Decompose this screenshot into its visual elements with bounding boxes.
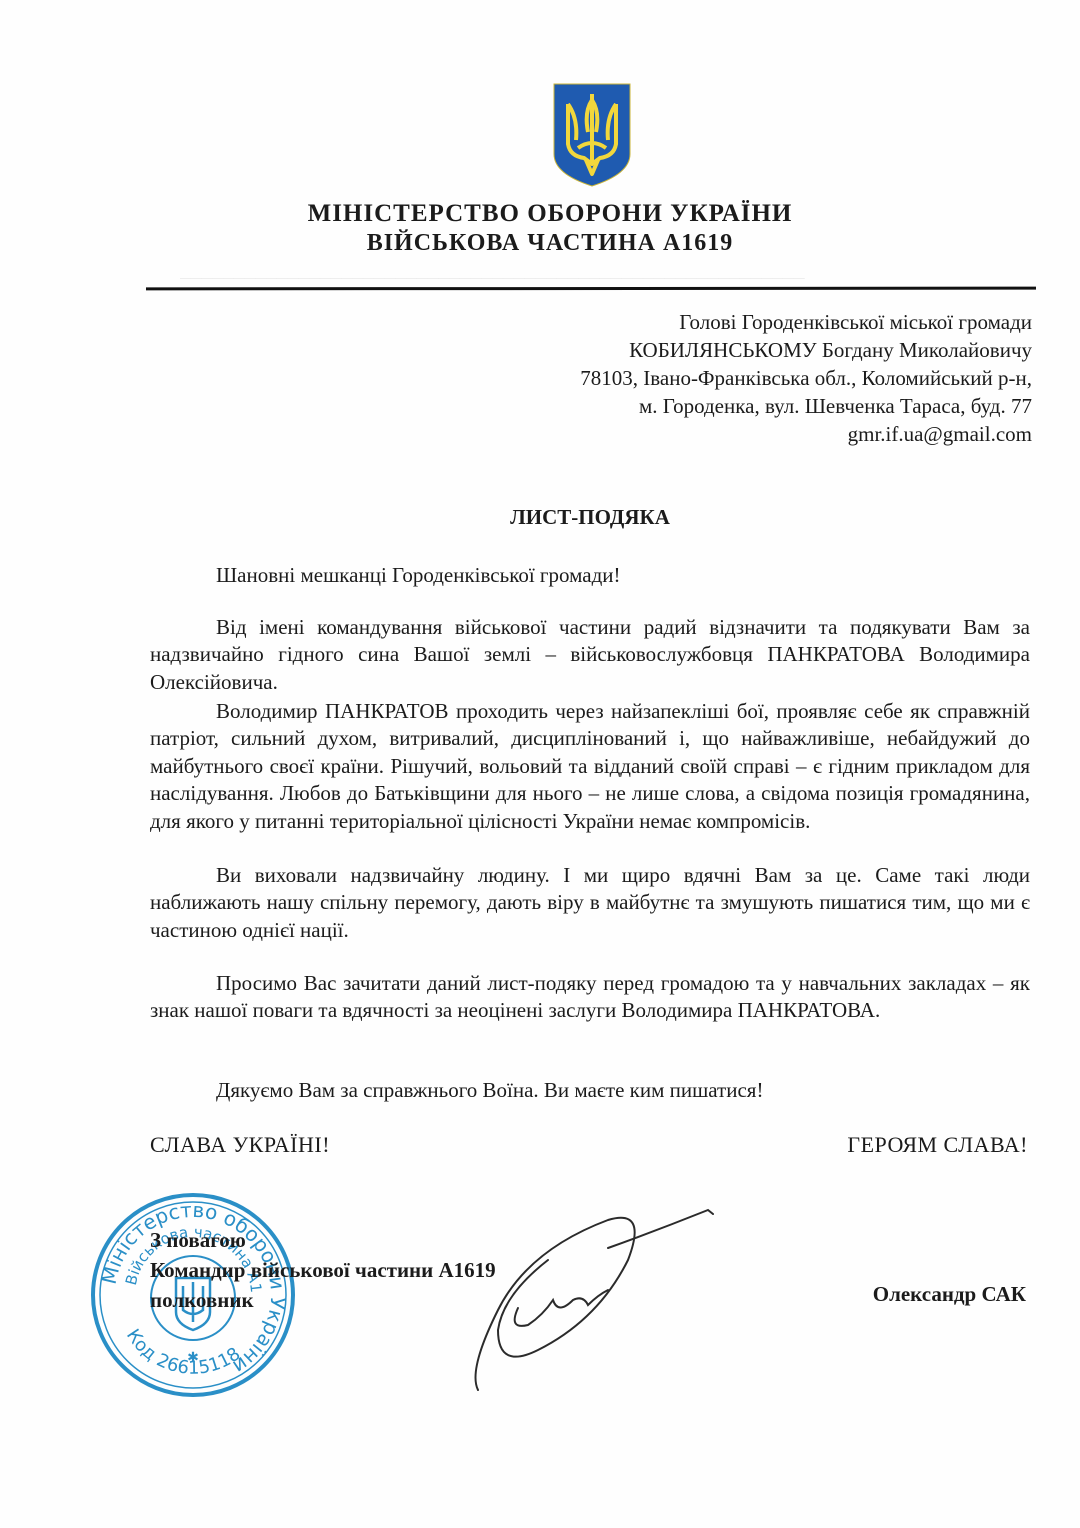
paragraph-text: Дякуємо Вам за справжнього Воїна. Ви має… (150, 1077, 1030, 1104)
paragraph-text: Ви виховали надзвичайну людину. І ми щир… (150, 862, 1030, 944)
addressee-line: Голові Городенківської міської громади (580, 308, 1032, 336)
greeting-text: Шановні мешканці Городенківської громади… (150, 562, 1030, 589)
paragraph: Просимо Вас зачитати даний лист-подяку п… (150, 970, 1030, 1025)
letterhead-unit: ВІЙСЬКОВА ЧАСТИНА А1619 (10, 230, 1080, 257)
svg-text:✱: ✱ (187, 1351, 199, 1366)
slogan-glory-ukraine: СЛАВА УКРАЇНІ! (150, 1132, 330, 1158)
addressee-line: КОБИЛЯНСЬКОМУ Богдану Миколайовичу (580, 336, 1032, 364)
ukraine-coat-of-arms-icon (552, 82, 632, 188)
addressee-line: м. Городенка, вул. Шевченка Тараса, буд.… (580, 392, 1032, 420)
paragraph: Від імені командування військової частин… (150, 614, 1030, 696)
paragraph-text: Від імені командування військової частин… (150, 614, 1030, 696)
handwritten-signature-icon (458, 1200, 738, 1410)
commander-rank: полковник (150, 1285, 496, 1315)
faded-address-band: ▁▁▁▁▁▁▁▁▁▁▁▁▁▁▁▁▁▁▁▁▁▁▁▁▁▁▁▁▁▁▁▁▁▁▁▁▁▁▁▁… (180, 265, 1000, 279)
paragraph: Ви виховали надзвичайну людину. І ми щир… (150, 862, 1030, 944)
letterhead-ministry: МІНІСТЕРСТВО ОБОРОНИ УКРАЇНИ (10, 200, 1080, 228)
signature-block: З повагою Командир військової частини А1… (150, 1225, 496, 1315)
letter-title: ЛИСТ-ПОДЯКА (0, 505, 1080, 530)
slogan-glory-heroes: ГЕРОЯМ СЛАВА! (847, 1132, 1028, 1158)
paragraph: Володимир ПАНКРАТОВ проходить через найз… (150, 698, 1030, 835)
addressee-line: 78103, Івано-Франківська обл., Коломийсь… (580, 364, 1032, 392)
addressee-email: gmr.if.ua@gmail.com (580, 420, 1032, 448)
signer-name: Олександр САК (873, 1282, 1026, 1307)
paragraph-text: Володимир ПАНКРАТОВ проходить через найз… (150, 698, 1030, 835)
letter-page: МІНІСТЕРСТВО ОБОРОНИ УКРАЇНИ ВІЙСЬКОВА Ч… (0, 0, 1080, 1528)
regards-text: З повагою (150, 1225, 496, 1255)
commander-position: Командир військової частини А1619 (150, 1255, 496, 1285)
paragraph: Дякуємо Вам за справжнього Воїна. Ви має… (150, 1077, 1030, 1104)
header-divider (146, 287, 1036, 291)
addressee-block: Голові Городенківської міської громади К… (580, 308, 1032, 448)
greeting: Шановні мешканці Городенківської громади… (150, 562, 1030, 589)
paragraph-text: Просимо Вас зачитати даний лист-подяку п… (150, 970, 1030, 1025)
